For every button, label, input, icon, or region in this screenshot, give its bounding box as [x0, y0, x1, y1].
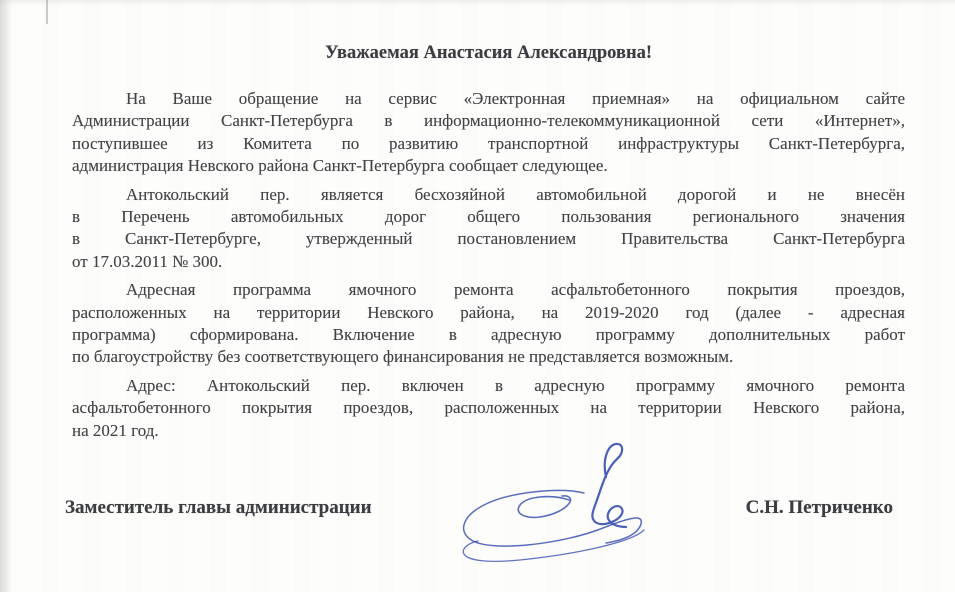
- scan-line-artifact: [46, 0, 48, 24]
- text-line: Адресная программа ямочного ремонта асфа…: [72, 279, 905, 301]
- signer-name: С.Н. Петриченко: [746, 497, 893, 519]
- scan-top-artifact: [0, 0, 955, 6]
- paragraph-2: Антокольский пер. является бесхозяйной а…: [72, 184, 905, 274]
- text-line: расположенных на территории Невского рай…: [72, 302, 905, 324]
- text-line: поступившее из Комитета по развитию тран…: [72, 133, 905, 155]
- letter-body: На Ваше обращение на сервис «Электронная…: [72, 88, 905, 448]
- scan-edge-artifact: [0, 0, 12, 592]
- paragraph-4: Адрес: Антокольский пер. включен в адрес…: [72, 375, 905, 442]
- text-line: Администрации Санкт-Петербурга в информа…: [72, 110, 905, 132]
- text-line: Антокольский пер. является бесхозяйной а…: [72, 184, 905, 206]
- handwritten-signature-icon: [448, 437, 666, 587]
- text-line: асфальтобетонного покрытия проездов, рас…: [72, 397, 905, 419]
- paragraph-1: На Ваше обращение на сервис «Электронная…: [72, 88, 905, 178]
- signer-position-title: Заместитель главы администрации: [65, 497, 372, 519]
- text-line: в Санкт-Петербурге, утвержденный постано…: [72, 228, 905, 250]
- text-line: На Ваше обращение на сервис «Электронная…: [72, 88, 905, 110]
- text-line: по благоустройству без соответствующего …: [72, 346, 905, 368]
- letter-page: Уважаемая Анастасия Александровна! На Ва…: [0, 0, 955, 592]
- text-line: от 17.03.2011 № 300.: [72, 251, 905, 273]
- text-line: программа) сформирована. Включение в адр…: [72, 324, 905, 346]
- text-line: администрация Невского района Санкт-Пете…: [72, 155, 905, 177]
- text-line: Адрес: Антокольский пер. включен в адрес…: [72, 375, 905, 397]
- paragraph-3: Адресная программа ямочного ремонта асфа…: [72, 279, 905, 369]
- text-line: в Перечень автомобильных дорог общего по…: [72, 206, 905, 228]
- salutation: Уважаемая Анастасия Александровна!: [72, 43, 905, 64]
